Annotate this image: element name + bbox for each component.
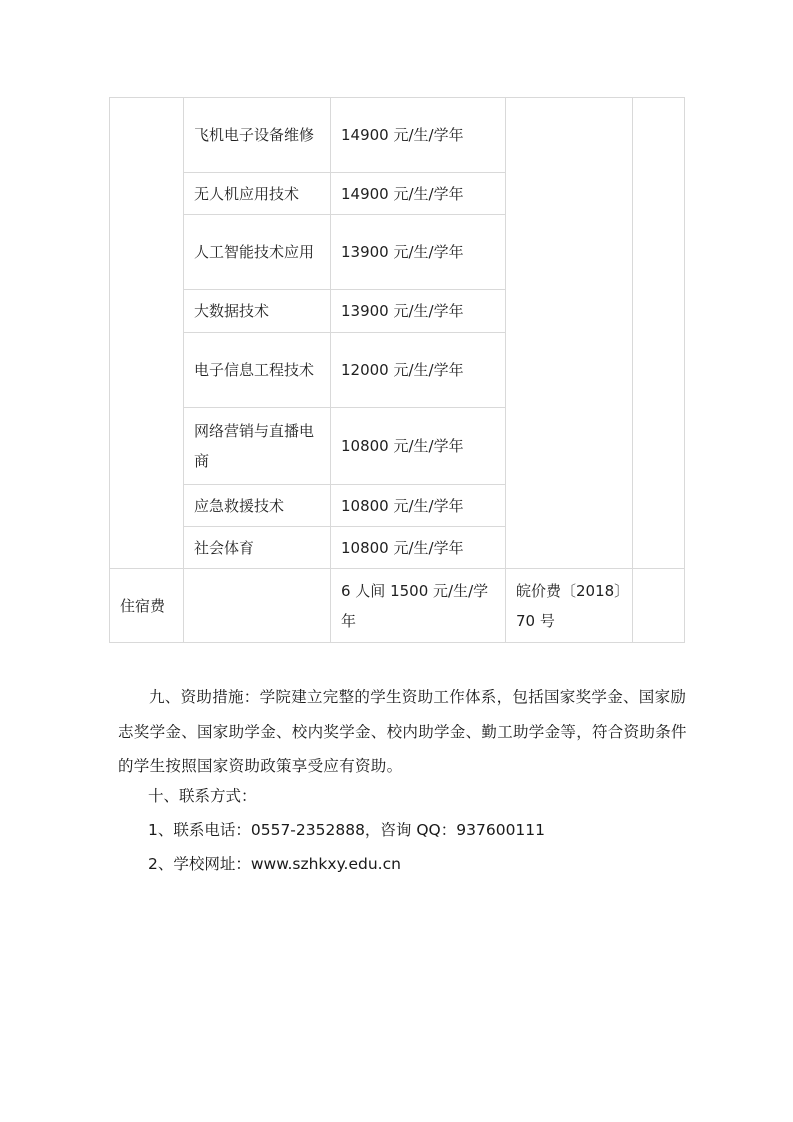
program-name: 飞机电子设备维修: [184, 98, 331, 173]
dorm-note: [633, 569, 685, 643]
note-cell-empty: [633, 98, 685, 569]
program-fee: 12000 元/生/学年: [331, 333, 506, 408]
dorm-program: [184, 569, 331, 643]
dorm-fee: 6 人间 1500 元/生/学年: [331, 569, 506, 643]
program-name: 无人机应用技术: [184, 173, 331, 215]
program-fee: 13900 元/生/学年: [331, 290, 506, 333]
section-10-heading: 十、联系方式：: [148, 784, 257, 808]
school-website: 2、学校网址：www.szhkxy.edu.cn: [148, 852, 401, 876]
program-name: 网络营销与直播电商: [184, 408, 331, 485]
program-fee: 13900 元/生/学年: [331, 215, 506, 290]
item-cell-empty: [110, 98, 184, 569]
program-name: 应急救援技术: [184, 485, 331, 527]
program-name: 社会体育: [184, 527, 331, 569]
program-fee: 10800 元/生/学年: [331, 408, 506, 485]
program-fee: 14900 元/生/学年: [331, 173, 506, 215]
program-fee: 10800 元/生/学年: [331, 485, 506, 527]
dorm-item: 住宿费: [110, 569, 184, 643]
program-name: 人工智能技术应用: [184, 215, 331, 290]
fee-table: 飞机电子设备维修 14900 元/生/学年 无人机应用技术 14900 元/生/…: [109, 97, 685, 643]
contact-phone: 1、联系电话：0557-2352888，咨询 QQ：937600111: [148, 818, 545, 842]
program-name: 电子信息工程技术: [184, 333, 331, 408]
program-fee: 10800 元/生/学年: [331, 527, 506, 569]
section-9-financial-aid: 九、资助措施：学院建立完整的学生资助工作体系，包括国家奖学金、国家励志奖学金、国…: [118, 680, 688, 784]
program-fee: 14900 元/生/学年: [331, 98, 506, 173]
basis-cell-empty: [506, 98, 633, 569]
program-name: 大数据技术: [184, 290, 331, 333]
dorm-basis: 皖价费〔2018〕70 号: [506, 569, 633, 643]
